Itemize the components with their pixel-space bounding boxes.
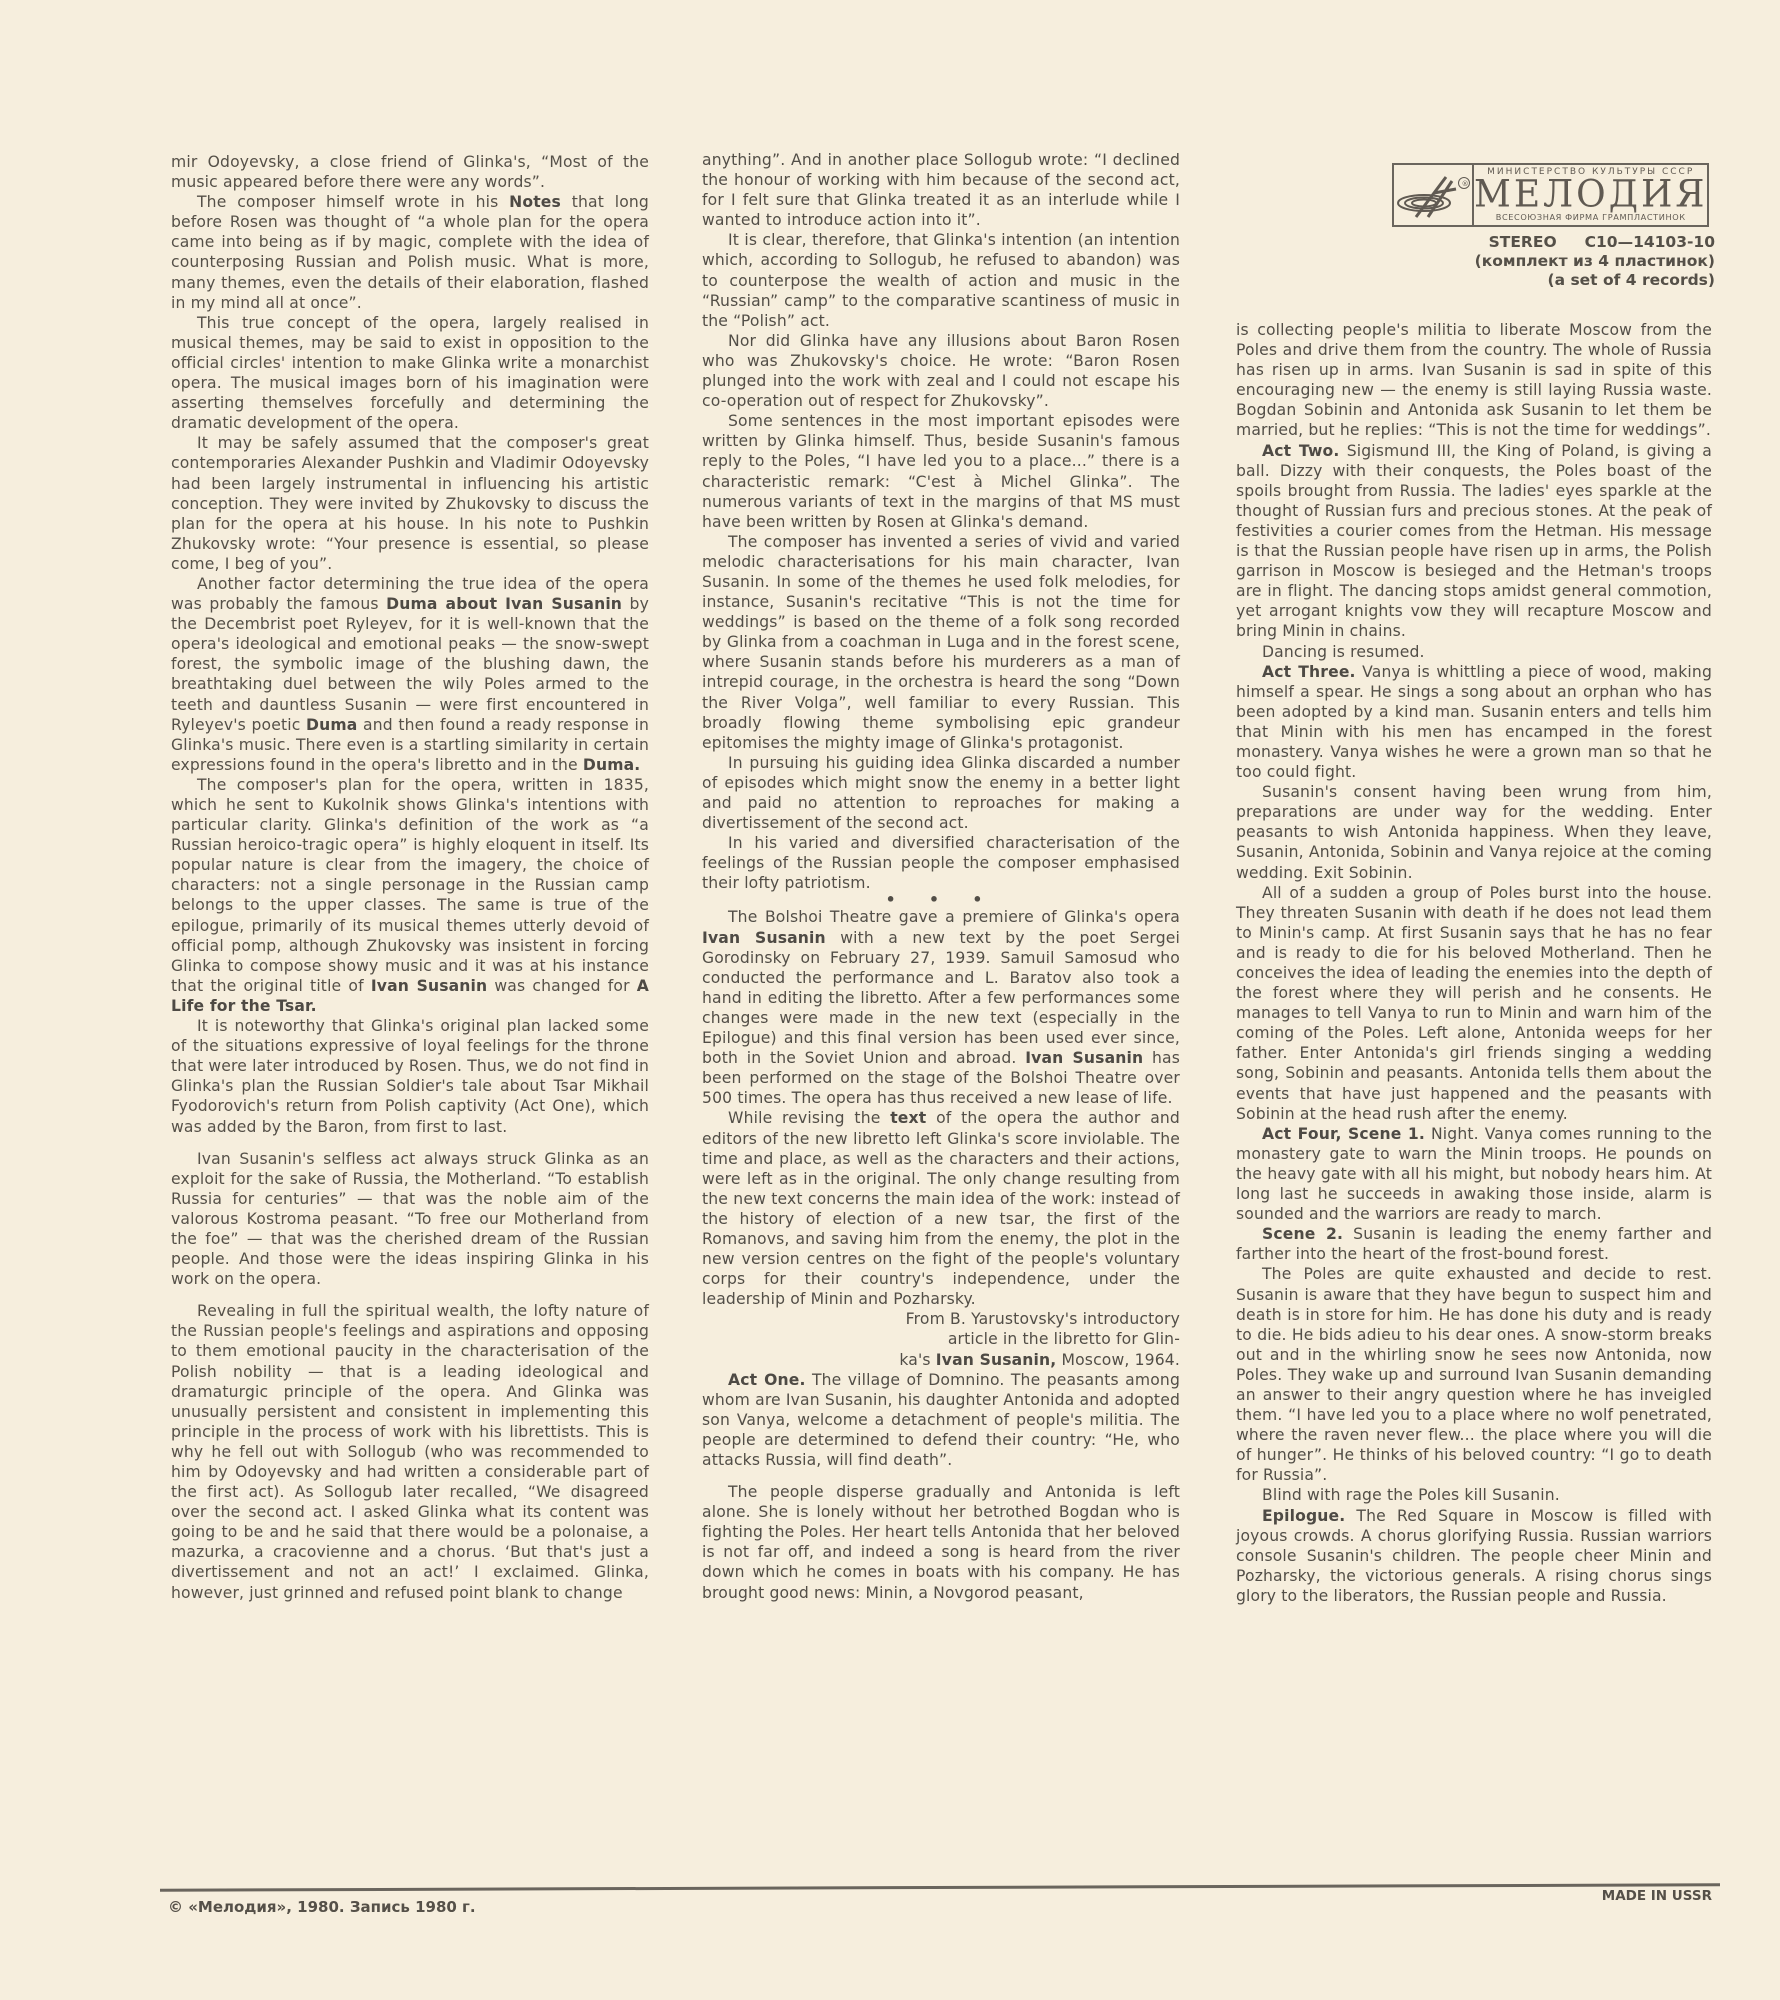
- paragraph: The composer's plan for the opera, writt…: [171, 775, 649, 1016]
- format-label: STEREO: [1489, 233, 1557, 252]
- paragraph: Act Three. Vanya is whittling a piece of…: [1236, 662, 1712, 783]
- set-info-en: (a set of 4 records): [1400, 271, 1715, 290]
- paragraph: The Bolshoi Theatre gave a premiere of G…: [702, 907, 1180, 1108]
- paragraph: This true concept of the opera, largely …: [171, 313, 649, 434]
- set-info-ru: (комплект из 4 пластинок): [1400, 252, 1715, 271]
- paragraph: It is clear, therefore, that Glinka's in…: [702, 230, 1180, 330]
- paragraph: While revising the text of the opera the…: [702, 1108, 1180, 1309]
- paragraph: It is noteworthy that Glinka's original …: [171, 1016, 649, 1137]
- paragraph: Act Two. Sigismund III, the King of Pola…: [1236, 441, 1712, 642]
- paragraph: It may be safely assumed that the compos…: [171, 433, 649, 574]
- paragraph: anything”. And in another place Sollogub…: [702, 150, 1180, 230]
- paragraph: Act Four, Scene 1. Night. Vanya comes ru…: [1236, 1124, 1712, 1224]
- paragraph: is collecting people's militia to libera…: [1236, 320, 1712, 441]
- text-column-1: mir Odoyevsky, a close friend of Glinka'…: [171, 152, 649, 1603]
- paragraph: Scene 2. Susanin is leading the enemy fa…: [1236, 1224, 1712, 1264]
- svg-text:®: ®: [1462, 180, 1469, 188]
- copyright-notice: © «Мелодия», 1980. Запись 1980 г.: [168, 1898, 476, 1916]
- paragraph: Blind with rage the Poles kill Susanin.: [1236, 1485, 1712, 1505]
- footer-divider: [160, 1883, 1720, 1891]
- paragraph: Dancing is resumed.: [1236, 642, 1712, 662]
- logo-brand: МЕЛОДИЯ: [1474, 177, 1707, 213]
- paragraph: mir Odoyevsky, a close friend of Glinka'…: [171, 152, 649, 192]
- paragraph: Nor did Glinka have any illusions about …: [702, 331, 1180, 411]
- paragraph: Epilogue. The Red Square in Moscow is fi…: [1236, 1506, 1712, 1606]
- paragraph: In his varied and diversified characteri…: [702, 833, 1180, 893]
- made-in-label: MADE IN USSR: [1602, 1888, 1712, 1904]
- section-separator: • • •: [702, 893, 1180, 907]
- source-attribution: From B. Yarustovsky's introductoryarticl…: [702, 1309, 1180, 1369]
- paragraph: The composer has invented a series of vi…: [702, 532, 1180, 753]
- paragraph: The Poles are quite exhausted and decide…: [1236, 1264, 1712, 1485]
- paragraph: The composer himself wrote in his Notes …: [171, 192, 649, 313]
- paragraph: Revealing in full the spiritual wealth, …: [171, 1301, 649, 1602]
- paragraph: The people disperse gradually and Antoni…: [702, 1482, 1180, 1603]
- paragraph: In pursuing his guiding idea Glinka disc…: [702, 753, 1180, 833]
- paragraph: Susanin's consent having been wrung from…: [1236, 782, 1712, 882]
- catalog-number: С10—14103-10: [1585, 233, 1715, 252]
- melodiya-logo-icon: ®: [1394, 165, 1474, 225]
- catalog-info: STEREO С10—14103-10 (комплект из 4 пласт…: [1400, 233, 1715, 290]
- melodiya-logo: ® МИНИСТЕРСТВО КУЛЬТУРЫ СССР МЕЛОДИЯ ВСЕ…: [1392, 163, 1709, 227]
- paragraph: All of a sudden a group of Poles burst i…: [1236, 883, 1712, 1124]
- paragraph: Act One. The village of Domnino. The pea…: [702, 1370, 1180, 1470]
- paragraph: Ivan Susanin's selfless act always struc…: [171, 1149, 649, 1290]
- paragraph: Some sentences in the most important epi…: [702, 411, 1180, 532]
- text-column-3: is collecting people's militia to libera…: [1236, 320, 1712, 1606]
- text-column-2: anything”. And in another place Sollogub…: [702, 150, 1180, 1603]
- paragraph: Another factor determining the true idea…: [171, 574, 649, 775]
